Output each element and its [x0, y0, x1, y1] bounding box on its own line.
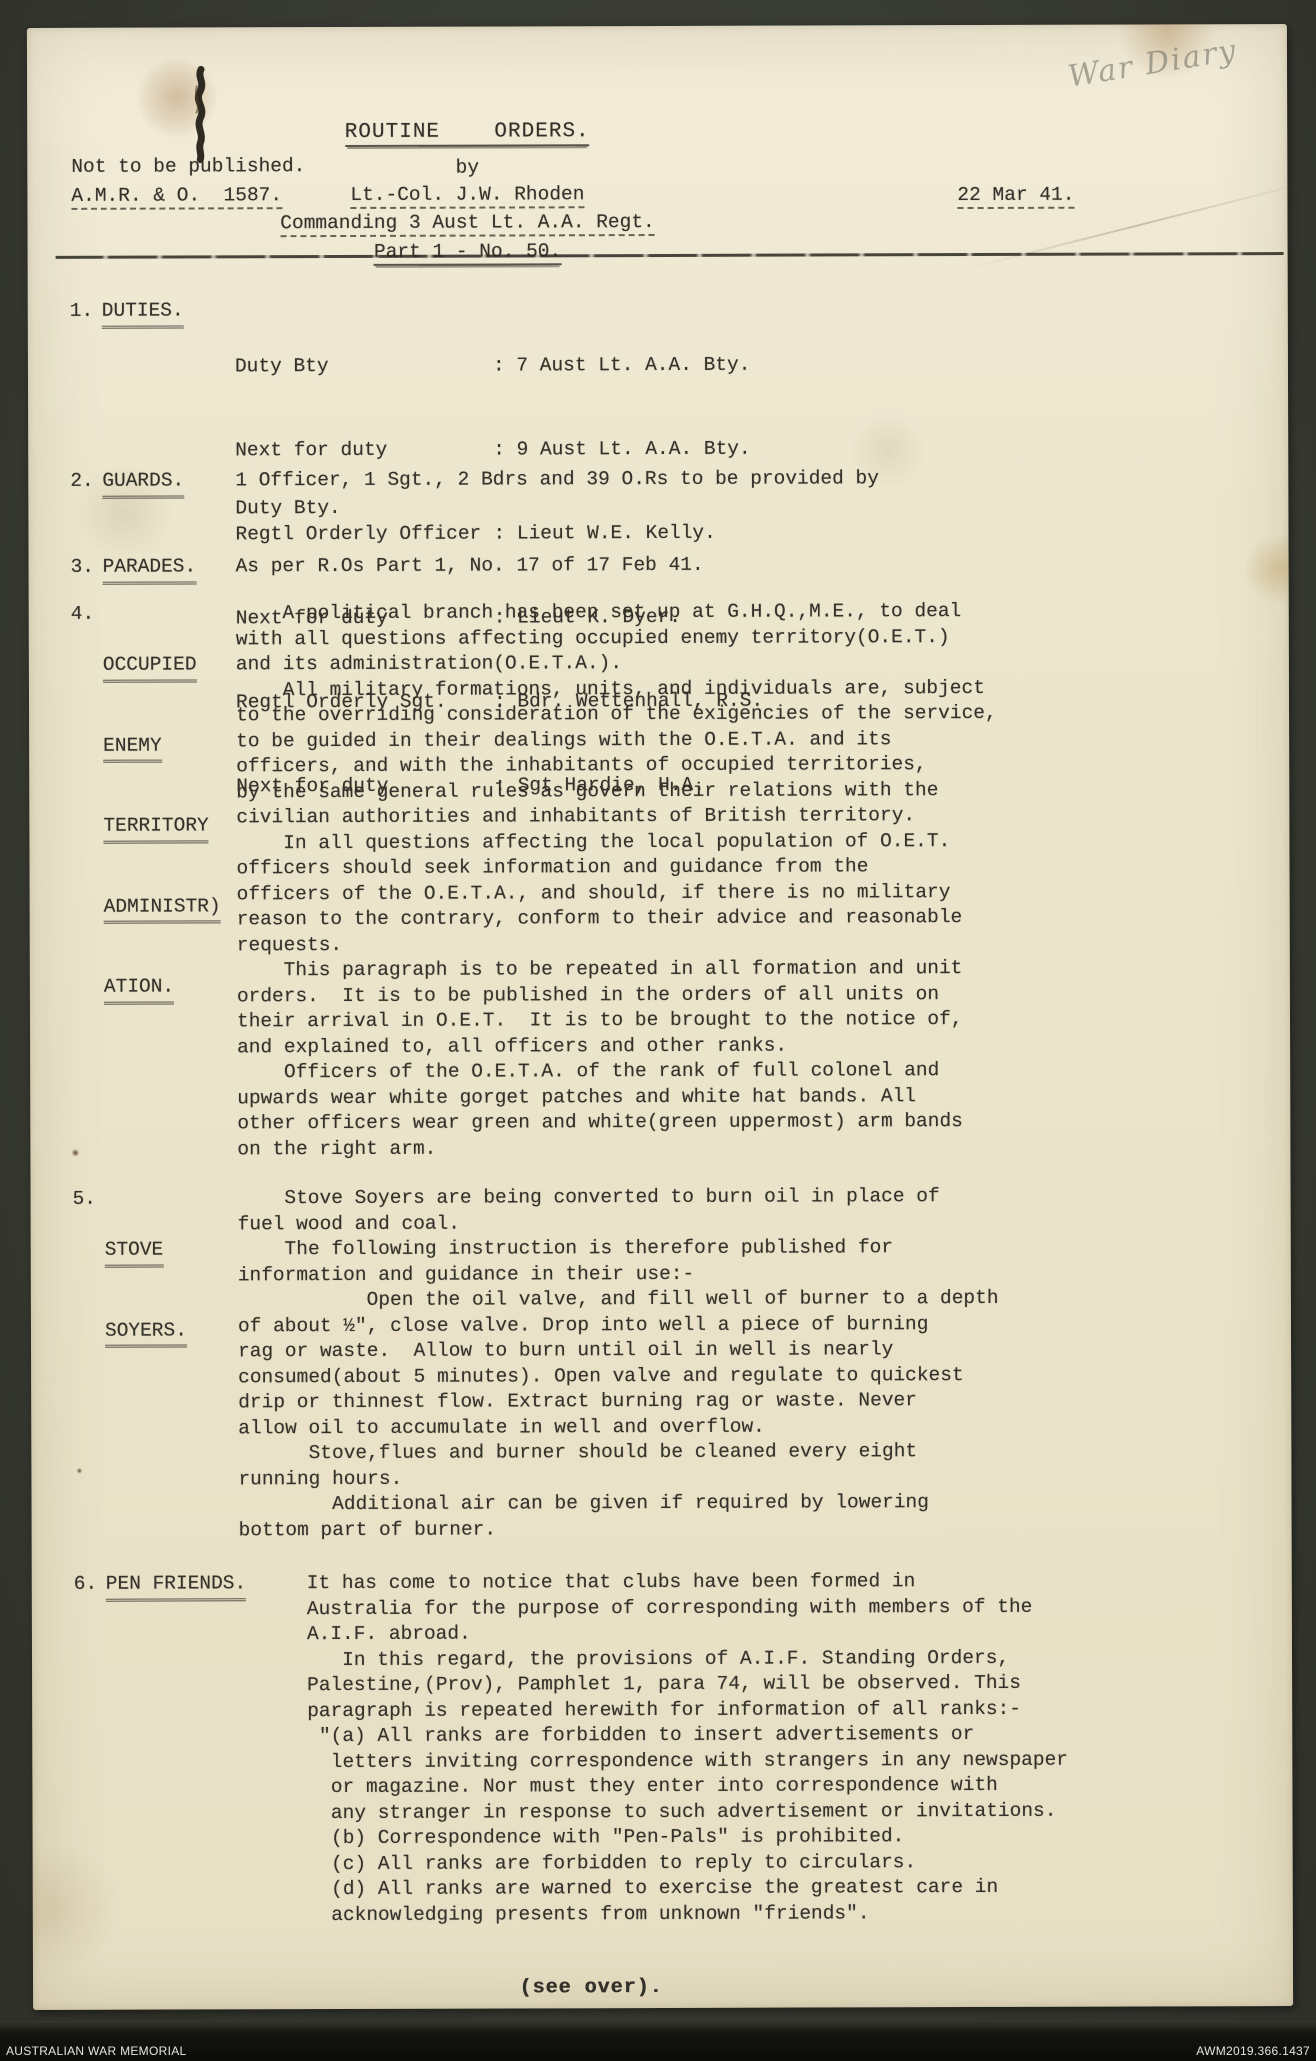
see-over-note: (see over).	[441, 1976, 741, 2000]
handwritten-annotation: War Diary	[1066, 25, 1289, 95]
paper-sheet: War Diary ROUTINE ORDERS. Not to be publ…	[27, 24, 1293, 2010]
section-label: STOVE SOYERS.	[105, 1186, 188, 1398]
archive-name: AUSTRALIAN WAR MEMORIAL	[6, 2044, 186, 2058]
document-title: ROUTINE ORDERS.	[117, 118, 817, 148]
section-label: PARADES.	[103, 552, 197, 584]
table-row: Regtl Orderly Officer: Lieut W.E. Kelly.	[235, 519, 762, 549]
section-label: GUARDS.	[102, 466, 184, 498]
document-date: 22 Mar 41.	[957, 181, 1074, 209]
archive-caption-bar: AUSTRALIAN WAR MEMORIAL AWM2019.366.1437	[0, 2021, 1316, 2061]
archive-accession-number: AWM2019.366.1437	[1196, 2044, 1310, 2058]
section-body: It has come to notice that clubs have be…	[307, 1569, 1069, 1928]
commanding-officer-name: Lt.-Col. J.W. Rhoden	[117, 180, 817, 210]
table-row: Duty Bty: 7 Aust Lt. A.A. Bty.	[235, 351, 762, 381]
section-stove-soyers: 5. STOVE SOYERS. Stove Soyers are being …	[31, 1183, 1291, 1187]
section-label: PEN FRIENDS.	[106, 1571, 247, 1601]
section-label: OCCUPIED ENEMY TERRITORY ADMINISTR) ATIO…	[103, 601, 221, 1055]
section-number: 3.	[71, 553, 94, 581]
part-number-line: Part 1 - No. 50.	[118, 237, 818, 267]
section-pen-friends: 6. PEN FRIENDS. It has come to notice th…	[32, 1568, 1292, 1572]
section-duties: 1. DUTIES. Duty Bty: 7 Aust Lt. A.A. Bty…	[28, 293, 1288, 297]
table-row: Next for duty: 9 Aust Lt. A.A. Bty.	[235, 435, 762, 465]
scanned-document-page: { "annotation": "War Diary", "header": {…	[0, 0, 1316, 2061]
section-number: 1.	[70, 297, 93, 325]
section-number: 4.	[71, 602, 94, 628]
by-line: by	[117, 153, 817, 183]
section-body: 1 Officer, 1 Sgt., 2 Bdrs and 39 O.Rs to…	[235, 464, 879, 522]
section-label: DUTIES.	[102, 296, 184, 328]
section-body: As per R.Os Part 1, No. 17 of 17 Feb 41.	[236, 551, 704, 580]
section-body: A political branch has been set up at G.…	[236, 599, 998, 1162]
section-number: 6.	[74, 1572, 97, 1598]
section-number: 5.	[73, 1187, 96, 1213]
section-number: 2.	[70, 467, 93, 495]
commanding-line: Commanding 3 Aust Lt. A.A. Regt.	[117, 208, 817, 238]
section-body: Stove Soyers are being converted to burn…	[238, 1184, 1000, 1543]
